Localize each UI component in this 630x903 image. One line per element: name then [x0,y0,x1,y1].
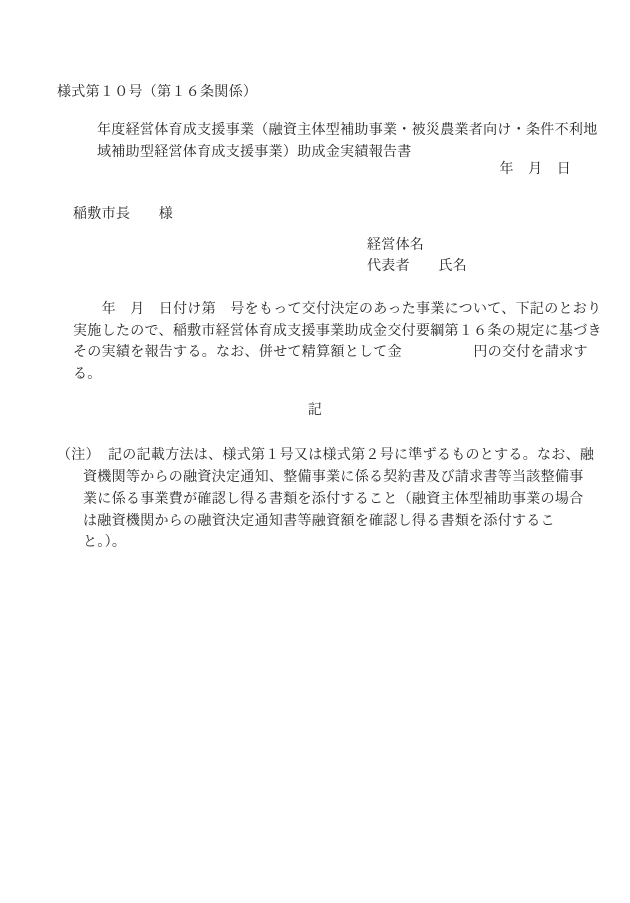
document-title-line-1: 年度経営体育成支援事業（融資主体型補助事業・被災農業者向け・条件不利地 [97,120,598,140]
document-page: 様式第１０号（第１６条関係） 年度経営体育成支援事業（融資主体型補助事業・被災農… [0,0,630,903]
body-paragraph-line-2: 実施したので、稲敷市経営体育成支援事業助成金交付要綱第１６条の規定に基づき [73,321,602,341]
representative-name-field: 代表者 氏名 [367,256,467,276]
date-blank-field: 年 月 日 [500,159,572,179]
body-paragraph-line-4: る。 [73,364,102,384]
note-line-3: 業に係る事業費が確認し得る書類を添付すること（融資主体型補助事業の場合 [83,489,584,509]
entity-name-field: 経営体名 [367,235,424,255]
note-line-5: と。）。 [83,532,126,552]
addressee: 稲敷市長 様 [73,204,173,224]
form-number: 様式第１０号（第１６条関係） [57,82,257,102]
note-label: （注） [57,445,100,465]
note-line-1: 記の記載方法は、様式第１号又は様式第２号に準ずるものとする。なお、融 [108,445,594,465]
document-title-line-2: 域補助型経営体育成支援事業）助成金実績報告書 [97,142,412,162]
note-line-4: は融資機関からの融資決定通知書等融資額を確認し得る書類を添付するこ [83,511,555,531]
note-line-2: 資機関等からの融資決定通知、整備事業に係る契約書及び請求書等当該整備事 [83,467,584,487]
section-marker: 記 [0,400,630,420]
body-paragraph-line-3: その実績を報告する。なお、併せて精算額として金 円の交付を請求す [73,342,588,362]
body-paragraph-line-1: 年 月 日付け第 号をもって交付決定のあった事業について、下記のとおり [73,299,601,319]
